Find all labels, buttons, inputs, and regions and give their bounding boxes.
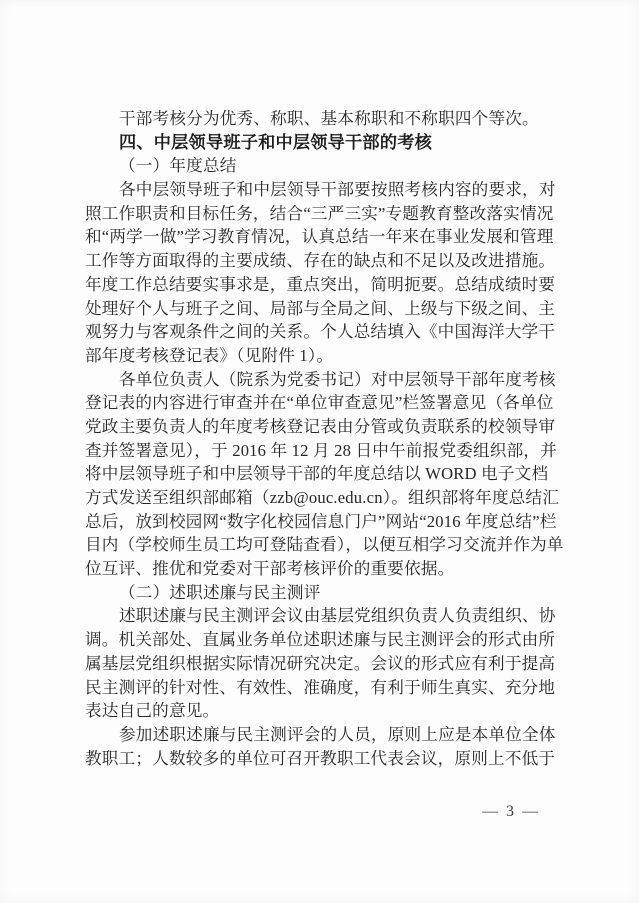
text-line: （一）年度总结 <box>85 154 563 178</box>
text-line: （二）述职述廉与民主测评 <box>85 581 563 605</box>
text-line: 述职述廉与民主测评会议由基层党组织负责人负责组织、协 <box>85 604 563 628</box>
text-line: 工作等方面取得的主要成绩、存在的缺点和不足以及改进措施。 <box>85 249 563 273</box>
text-line: 总后，放到校园网“数字化校园信息门户”网站“2016 年度总结”栏 <box>85 510 563 534</box>
text-line: 属基层党组织根据实际情况研究决定。会议的形式应有利于提高 <box>85 652 563 676</box>
text-line: 照工作职责和目标任务，结合“三严三实”专题教育整改落实情况 <box>85 202 563 226</box>
text-line: 处理好个人与班子之间、局部与全局之间、上级与下级之间、主 <box>85 297 563 321</box>
document-page: 干部考核分为优秀、称职、基本称职和不称职四个等次。四、中层领导班子和中层领导干部… <box>0 0 639 903</box>
text-line: 登记表的内容进行审查并在“单位审查意见”栏签署意见（各单位 <box>85 391 563 415</box>
text-line: 参加述职述廉与民主测评会的人员，原则上应是本单位全体 <box>85 723 563 747</box>
text-line: 年度工作总结要实事求是，重点突出，简明扼要。总结成绩时要 <box>85 273 563 297</box>
text-line: 查并签署意见），于 2016 年 12 月 28 日中午前报党委组织部，并 <box>85 439 563 463</box>
text-line: 将中层领导班子和中层领导干部的年度总结以 WORD 电子文档 <box>85 462 563 486</box>
text-line: 位互评、推优和党委对干部考核评价的重要依据。 <box>85 557 563 581</box>
text-line: 干部考核分为优秀、称职、基本称职和不称职四个等次。 <box>85 107 563 131</box>
text-line: 调。机关部处、直属业务单位述职述廉与民主测评会的形式由所 <box>85 628 563 652</box>
text-line: 党政主要负责人的年度考核登记表由分管或负责联系的校领导审 <box>85 415 563 439</box>
text-line: 表达自己的意见。 <box>85 699 563 723</box>
text-line: 目内（学校师生员工均可登陆查看），以便互相学习交流并作为单 <box>85 533 563 557</box>
text-line: 方式发送至组织部邮箱（zzb@ouc.edu.cn）。组织部将年度总结汇 <box>85 486 563 510</box>
text-line: 部年度考核登记表》（见附件 1）。 <box>85 344 563 368</box>
text-line: 民主测评的针对性、有效性、准确度，有利于师生真实、充分地 <box>85 676 563 700</box>
page-number: — 3 — <box>482 803 540 821</box>
text-line: 教职工；人数较多的单位可召开教职工代表会议，原则上不低于 <box>85 747 563 771</box>
document-body: 干部考核分为优秀、称职、基本称职和不称职四个等次。四、中层领导班子和中层领导干部… <box>85 107 563 770</box>
text-line: 和“两学一做”学习教育情况，认真总结一年来在事业发展和管理 <box>85 225 563 249</box>
section-heading-line: 四、中层领导班子和中层领导干部的考核 <box>85 131 563 155</box>
text-line: 各单位负责人（院系为党委书记）对中层领导干部年度考核 <box>85 368 563 392</box>
text-line: 观努力与客观条件之间的关系。个人总结填入《中国海洋大学干 <box>85 320 563 344</box>
text-line: 各中层领导班子和中层领导干部要按照考核内容的要求，对 <box>85 178 563 202</box>
